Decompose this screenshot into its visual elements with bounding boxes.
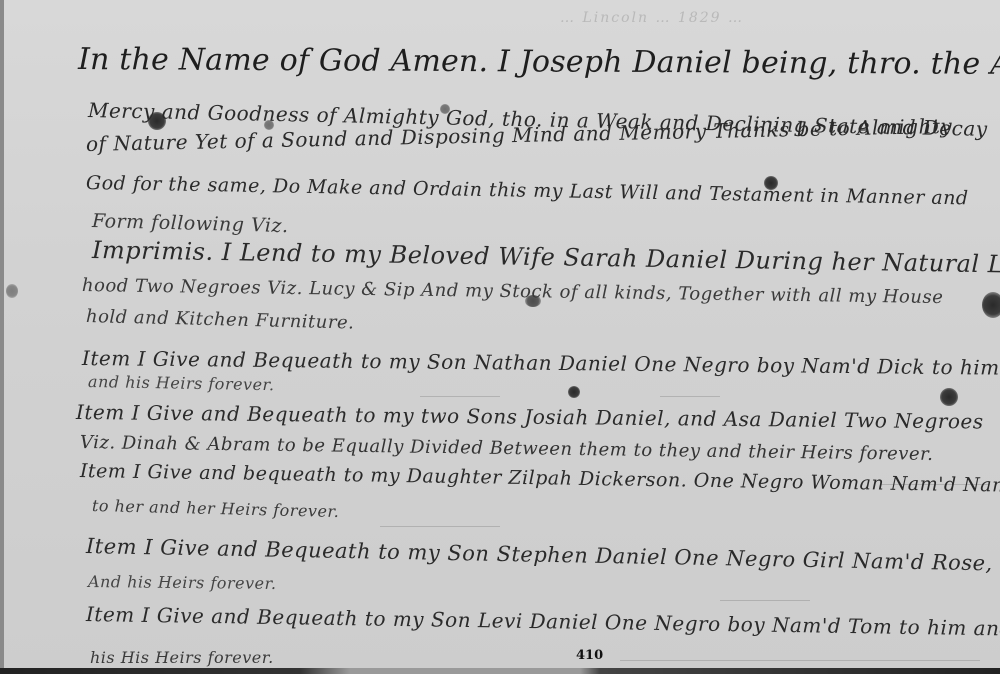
text-line: Form following Viz. [92,210,289,237]
ink-blot [6,284,18,298]
text-line-item: Item I Give and Bequeath to my Son Levi … [86,602,1000,641]
text-line: God for the same, Do Make and Ordain thi… [86,172,969,209]
text-line: hood Two Negroes Viz. Lucy & Sip And my … [82,275,944,308]
ruling-line [380,526,500,527]
page-edge [0,0,4,674]
ruling-line [620,660,980,661]
text-line: And his Heirs forever. [88,572,277,593]
ink-blot [568,386,580,398]
ruling-line [660,396,720,397]
text-line-heading: In the Name of God Amen. I Joseph Daniel… [78,42,1000,83]
text-line: Viz. Dinah & Abram to be Equally Divided… [80,432,934,465]
ruling-line [420,396,500,397]
scan-bottom-edge [0,668,1000,674]
ruling-line [720,600,810,601]
document-page: … Lincoln … 1829 … In the Name of God Am… [0,0,1000,674]
text-line-item: Item I Give and Bequeath to my two Sons … [76,400,984,434]
text-line: to her and her Heirs forever. [92,496,340,521]
text-line: his His Heirs forever. [90,648,274,667]
ink-blot [982,292,1000,318]
page-number: 410 [576,648,603,663]
ink-blot [940,388,958,406]
text-line-item: Item I Give and Bequeath to my Son Steph… [86,534,1000,577]
text-line-imprimis: Imprimis. I Lend to my Beloved Wife Sara… [92,236,1000,281]
text-line: and his Heirs forever. [88,372,275,394]
text-line-item: Item I Give and bequeath to my Daughter … [80,460,1000,497]
text-line: hold and Kitchen Furniture. [86,306,355,334]
